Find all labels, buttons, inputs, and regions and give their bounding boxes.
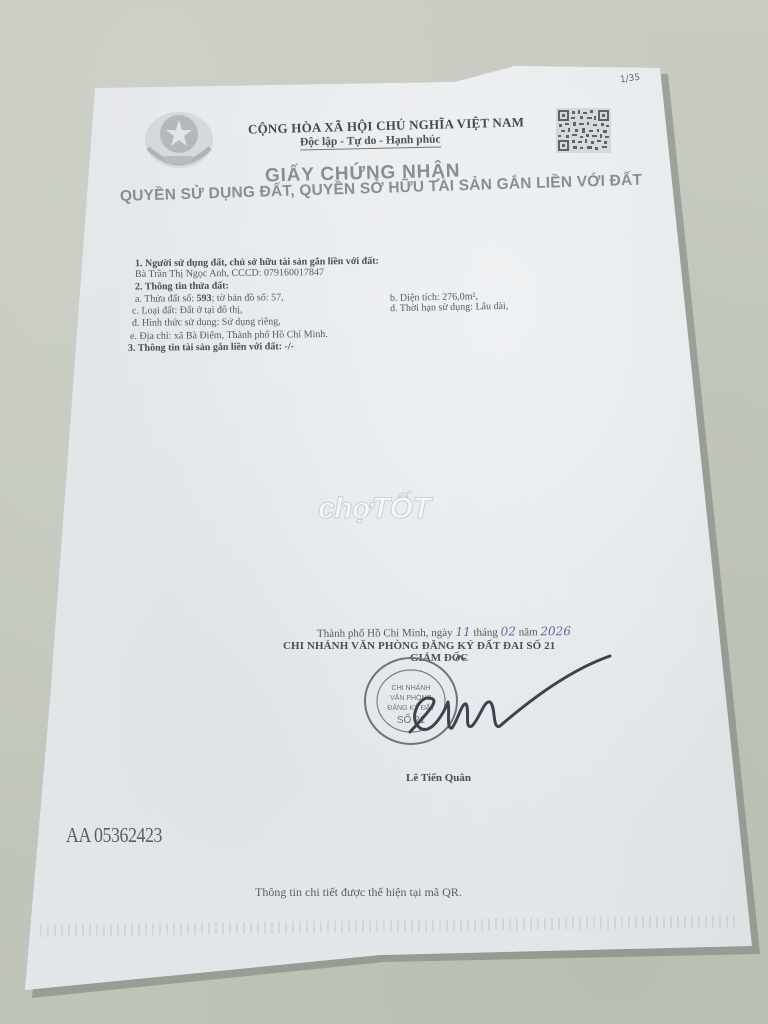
national-motto: Độc lập - Tự do - Hạnh phúc	[300, 134, 441, 151]
year-handwritten: 2026	[540, 624, 571, 638]
land-type: c. Loại đất: Đất ở tại đô thị,	[132, 304, 243, 316]
map-sheet: ; tờ bản đồ số: 57,	[212, 292, 284, 304]
owner-info: Bà Trần Thị Ngọc Anh, CCCD: 079160017847	[135, 267, 324, 280]
year-label: năm	[516, 626, 541, 638]
national-emblem-icon	[140, 108, 218, 174]
section-2-heading: 2. Thông tin thửa đất:	[135, 281, 229, 293]
qr-code-icon[interactable]	[556, 108, 611, 153]
place-prefix: Thành phố Hồ Chí Minh, ngày	[317, 627, 456, 640]
handwritten-note: 1/35	[619, 73, 640, 86]
security-print-strip	[40, 915, 740, 937]
parcel-number: 593	[197, 293, 212, 304]
footer-note: Thông tin chi tiết được thể hiện tại mã …	[255, 885, 462, 900]
place-date-line: Thành phố Hồ Chí Minh, ngày 11 tháng 02 …	[317, 624, 571, 640]
usage-form: đ. Hình thức sử dụng: Sử dụng riêng,	[132, 316, 281, 329]
section-3-heading: 3. Thông tin tài sản gắn liền với đất: -…	[128, 341, 294, 354]
day-handwritten: 11	[455, 625, 470, 639]
certificate-content: CỘNG HÒA XÃ HỘI CHỦ NGHĨA VIỆT NAM Độc l…	[0, 0, 768, 1024]
chotot-watermark: chợTỐT	[318, 492, 430, 526]
month-handwritten: 02	[501, 624, 516, 638]
signature-icon	[400, 640, 620, 760]
signer-name: Lê Tiến Quân	[406, 772, 471, 784]
parcel-address: e. Địa chỉ: xã Bà Điểm, Thành phố Hồ Chí…	[130, 329, 328, 342]
parcel-number-line: a. Thửa đất số: 593; tờ bản đồ số: 57,	[135, 292, 284, 305]
usage-term: d. Thời hạn sử dụng: Lâu dài,	[390, 301, 509, 314]
month-label: tháng	[471, 627, 501, 639]
serial-number: AA 05362423	[66, 823, 162, 848]
parcel-label: a. Thửa đất số:	[135, 293, 197, 305]
